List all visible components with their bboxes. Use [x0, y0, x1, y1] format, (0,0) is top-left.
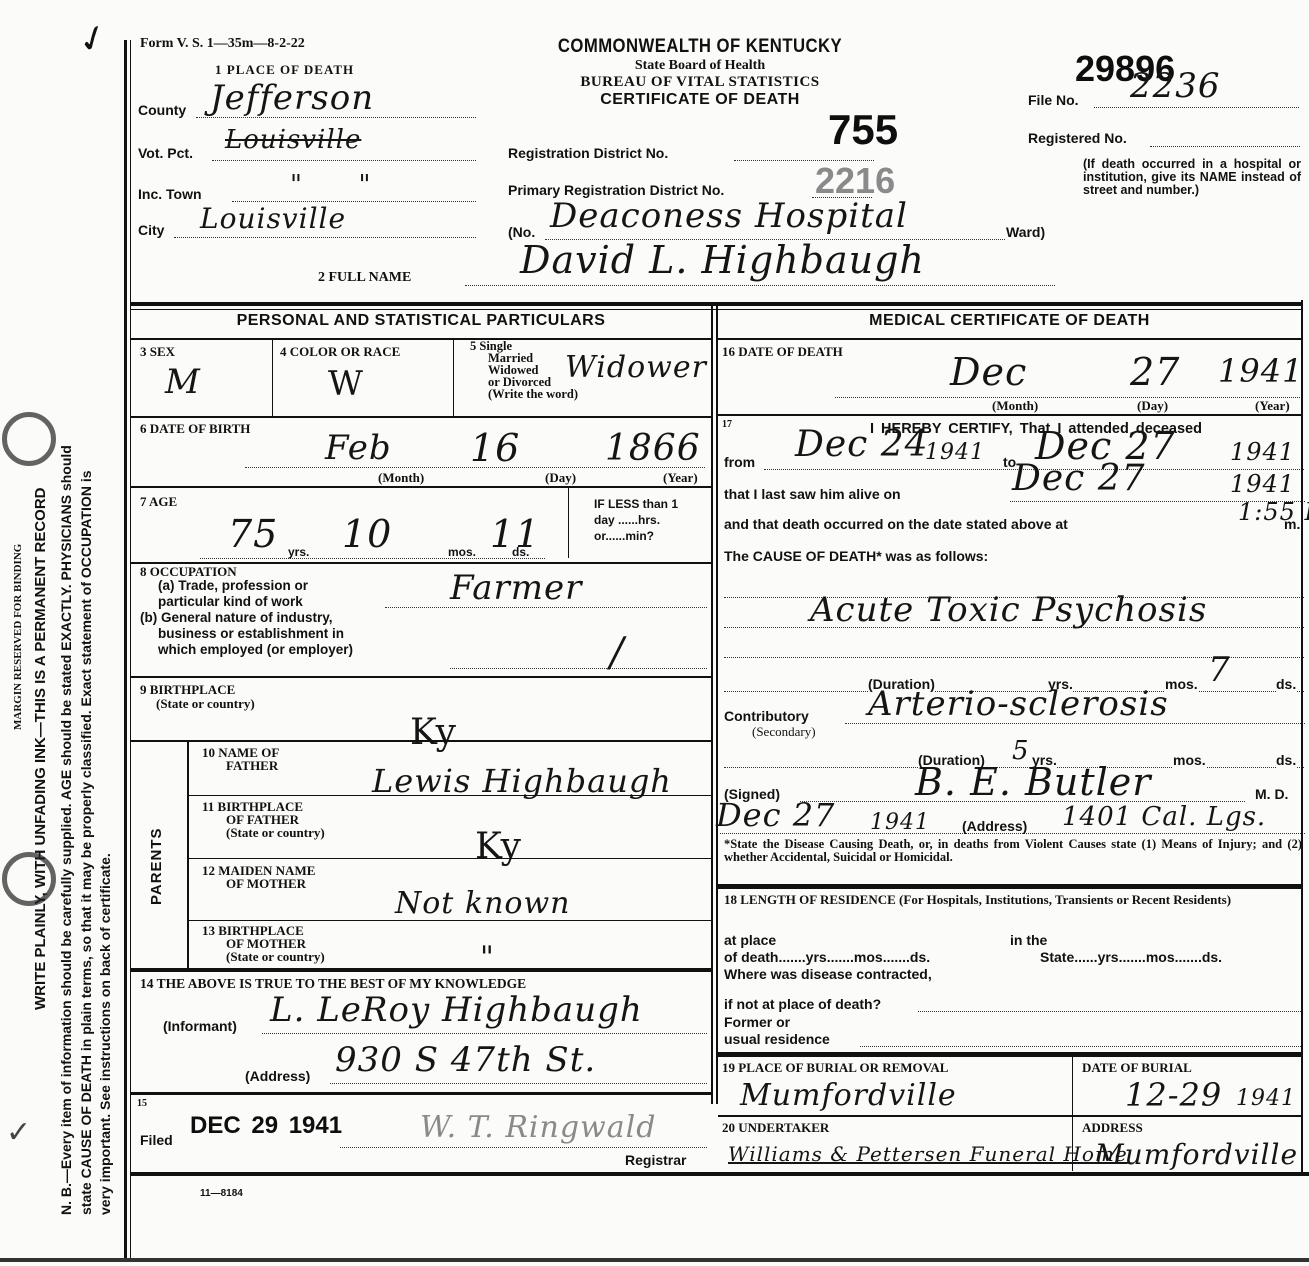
dob-year: 1866	[605, 428, 701, 469]
less-than-l1: IF LESS than 1	[594, 496, 678, 512]
city-field	[174, 236, 476, 238]
margin-write-plainly: WRITE PLAINLY, WITH UNFADING INK—THIS IS…	[32, 487, 49, 1010]
row-divider	[131, 416, 711, 418]
last-saw-label: that I last saw him alive on	[724, 486, 901, 502]
margin-note-line3: very important. See instructions on back…	[97, 853, 113, 1215]
row-divider	[718, 884, 1301, 889]
occupation-a-l1: (a) Trade, profession or	[140, 578, 353, 594]
burial-date-value: 12-29	[1125, 1076, 1222, 1114]
inc-town-value: " "	[290, 170, 372, 200]
ward-label: Ward)	[1006, 224, 1045, 240]
file-no-label: File No.	[1028, 92, 1079, 108]
signed-year-value: 1941	[870, 810, 930, 835]
dod-year-caption: (Year)	[1255, 398, 1290, 414]
physician-address-label: (Address)	[962, 818, 1027, 834]
undertaker-value: Williams & Pettersen Funeral Home	[728, 1142, 1128, 1166]
form-code: 11—8184	[200, 1188, 243, 1199]
dod-month-caption: (Month)	[992, 398, 1038, 414]
undertaker-label: 20 UNDERTAKER	[722, 1120, 829, 1136]
registered-no-field	[1150, 145, 1300, 147]
attended-from-value: Dec 24	[795, 424, 929, 465]
row-divider	[718, 1052, 1301, 1057]
form-bottom-border	[0, 1258, 1309, 1262]
row-divider	[718, 414, 1301, 416]
voting-precinct-value: Louisville	[225, 125, 361, 155]
certificate-title: CERTIFICATE OF DEATH	[520, 91, 880, 109]
occupation-a-label: (a) Trade, profession or particular kind…	[140, 578, 353, 658]
birthplace-sublabel: (State or country)	[156, 696, 255, 712]
burial-date-label: DATE OF BURIAL	[1082, 1060, 1192, 1076]
registrar-signature: W. T. Ringwald	[420, 1110, 656, 1145]
row-divider	[131, 338, 711, 340]
age-field	[200, 557, 545, 559]
attended-to-year: 1941	[1230, 438, 1295, 466]
father-name-label: 10 NAME OF FATHER	[202, 746, 279, 772]
occupation-a-value: Farmer	[450, 568, 582, 608]
voting-precinct-field	[212, 159, 476, 161]
county-label: County	[138, 102, 186, 118]
sex-label: 3 SEX	[140, 344, 175, 360]
where-contracted-label: Where was disease contracted,	[724, 966, 932, 982]
cause-duration-ds: ds.	[1276, 676, 1296, 692]
undertaker-address-label: ADDRESS	[1082, 1120, 1143, 1136]
form-right-border	[1301, 300, 1303, 1175]
registration-district-value: 755	[828, 106, 898, 154]
occupation-b-l3: which employed (or employer)	[140, 642, 353, 658]
bureau-title: BUREAU OF VITAL STATISTICS	[520, 74, 880, 91]
month-caption: (Month)	[378, 470, 424, 486]
form-left-border-inner	[130, 40, 131, 1260]
attended-from-year: 1941	[925, 440, 985, 465]
row-divider	[131, 968, 711, 972]
physician-signature: B. E. Butler	[915, 760, 1151, 804]
year-caption: (Year)	[663, 470, 698, 486]
date-of-death-label: 16 DATE OF DEATH	[722, 344, 843, 360]
dod-day: 27	[1130, 350, 1180, 394]
hospital-note: (If death occurred in a hospital or inst…	[1083, 158, 1301, 197]
row-divider	[189, 795, 711, 796]
residence-title: 18 LENGTH OF RESIDENCE (For Hospitals, I…	[724, 892, 1300, 907]
cause-of-death-label: The CAUSE OF DEATH* was as follows:	[724, 548, 988, 564]
sex-value: M	[165, 362, 201, 402]
cause-duration-value: 7	[1208, 650, 1231, 690]
filed-date-stamp: DEC 29 1941	[190, 1112, 342, 1140]
place-of-death-label: 1 PLACE OF DEATH	[215, 62, 354, 78]
registered-no-label: Registered No.	[1028, 130, 1127, 146]
row-divider	[131, 486, 711, 488]
hospital-value: Deaconess Hospital	[550, 196, 908, 236]
parents-divider	[187, 742, 189, 968]
mother-birthplace-label: 13 BIRTHPLACE OF MOTHER (State or countr…	[202, 924, 325, 963]
date-of-birth-label: 6 DATE OF BIRTH	[140, 421, 250, 437]
file-no-field	[1094, 106, 1299, 108]
voting-precinct-label: Vot. Pct.	[138, 145, 193, 161]
mother-bp-l3: (State or country)	[202, 950, 325, 963]
cause-of-death-value: Acute Toxic Psychosis	[810, 590, 1207, 630]
file-no-value: 2236	[1130, 66, 1221, 106]
father-bp-l3: (State or country)	[202, 826, 325, 839]
less-than-hrs: day ......hrs.	[594, 512, 678, 528]
personal-section-title: PERSONAL AND STATISTICAL PARTICULARS	[131, 312, 711, 330]
md-label: M. D.	[1255, 786, 1288, 802]
binding-hole	[2, 412, 56, 466]
city-label: City	[138, 222, 164, 238]
margin-note-line2: state CAUSE OF DEATH in plain terms, so …	[78, 471, 94, 1216]
row-divider	[718, 338, 1301, 340]
undertaker-address-value: Mumfordville	[1095, 1138, 1298, 1171]
age-months: 10	[342, 512, 392, 556]
filed-item-number: 15	[137, 1098, 147, 1109]
last-saw-value: Dec 27	[1012, 458, 1146, 499]
cause-duration-mos: mos.	[1165, 676, 1198, 692]
mother-maiden-name-value: Not known	[395, 886, 570, 921]
cell-divider	[453, 340, 454, 416]
father-birthplace-label: 11 BIRTHPLACE OF FATHER (State or countr…	[202, 800, 325, 839]
usual-residence-field	[860, 1045, 1303, 1047]
dod-year: 1941	[1218, 352, 1303, 390]
dod-field	[835, 396, 1300, 398]
age-label: 7 AGE	[140, 494, 177, 510]
row-divider	[131, 676, 711, 678]
occupation-b-field	[450, 667, 707, 669]
contrib-duration-mos: mos.	[1173, 752, 1206, 768]
mother-maiden-name-label: 12 MAIDEN NAME OF MOTHER	[202, 864, 315, 890]
full-name-field	[465, 284, 1055, 286]
race-label: 4 COLOR OR RACE	[280, 344, 400, 360]
age-years: 75	[228, 512, 278, 556]
dod-month: Dec	[950, 350, 1027, 394]
row-divider	[131, 1172, 1309, 1176]
yrs-caption: yrs.	[288, 545, 309, 559]
day-caption: (Day)	[545, 470, 576, 486]
less-than-day-note: IF LESS than 1 day ......hrs. or......mi…	[594, 496, 678, 544]
in-the-label: in the	[1010, 932, 1047, 948]
dob-day: 16	[470, 426, 520, 470]
margin-note-line1: N. B.—Every item of information should b…	[58, 445, 74, 1215]
cause-footnote: *State the Disease Causing Death, or, in…	[724, 838, 1302, 864]
parents-label: PARENTS	[148, 827, 165, 905]
row-divider	[131, 740, 711, 742]
physician-address-value: 1401 Cal. Lgs.	[1062, 802, 1266, 832]
county-value: Jefferson	[210, 78, 374, 118]
in-state-duration: State......yrs.......mos.......ds.	[1040, 949, 1222, 965]
occupation-b-l2: business or establishment in	[140, 626, 353, 642]
ds-caption: ds.	[512, 545, 529, 559]
secondary-label: (Secondary)	[752, 724, 816, 740]
signed-date-value: Dec 27	[716, 796, 835, 834]
form-left-border	[124, 40, 127, 1260]
marital-status-value: Widower	[565, 350, 707, 385]
dob-month: Feb	[325, 428, 392, 468]
cell-divider	[272, 340, 273, 416]
cell-divider	[568, 488, 569, 558]
last-saw-year: 1941	[1230, 470, 1295, 498]
burial-place-label: 19 PLACE OF BURIAL OR REMOVAL	[722, 1060, 948, 1076]
birthplace-value: Ky	[410, 712, 457, 753]
binding-hole	[2, 852, 56, 906]
form-number: Form V. S. 1—35m—8-2-22	[140, 36, 305, 52]
row-divider	[718, 1115, 1301, 1117]
registrar-label: Registrar	[625, 1152, 686, 1168]
death-time-suffix: m.	[1284, 516, 1300, 532]
contributory-value: Arterio-sclerosis	[868, 684, 1169, 724]
informant-label: (Informant)	[163, 1018, 237, 1034]
column-divider	[711, 304, 713, 1104]
occupation-b-l1: (b) General nature of industry,	[140, 610, 353, 626]
attended-from-label: from	[724, 454, 755, 470]
full-name-value: David L. Highbaugh	[520, 238, 925, 282]
informant-value: L. LeRoy Highbaugh	[270, 990, 643, 1030]
informant-address-label: (Address)	[245, 1068, 310, 1084]
of-death-duration: of death.......yrs.......mos.......ds.	[724, 949, 930, 965]
occupation-a-l2: particular kind of work	[140, 594, 353, 610]
father-label-l2: FATHER	[202, 759, 279, 772]
mother-label-l2: OF MOTHER	[202, 877, 315, 890]
father-birthplace-value: Ky	[475, 826, 522, 867]
row-divider	[131, 1092, 711, 1095]
check-mark-icon: ✓	[72, 14, 115, 64]
item-17-number: 17	[722, 419, 732, 430]
commonwealth-title: COMMONWEALTH OF KENTUCKY	[542, 36, 859, 58]
less-than-min: or......min?	[594, 528, 678, 544]
death-occurred-label: and that death occurred on the date stat…	[724, 516, 1068, 532]
at-place-label: at place	[724, 932, 776, 948]
if-not-field	[918, 1010, 1303, 1012]
burial-date-year: 1941	[1236, 1086, 1296, 1111]
informant-field	[262, 1032, 707, 1034]
registrar-field	[340, 1146, 707, 1148]
form-title-block: COMMONWEALTH OF KENTUCKY State Board of …	[520, 36, 880, 109]
city-value: Louisville	[200, 202, 346, 235]
mos-caption: mos.	[448, 545, 476, 559]
race-value: W	[328, 364, 364, 404]
occupation-b-value: /	[610, 630, 624, 676]
left-margin: MARGIN RESERVED FOR BINDING WRITE PLAINL…	[0, 0, 125, 1266]
contrib-duration-ds: ds.	[1276, 752, 1296, 768]
full-name-label: 2 FULL NAME	[318, 270, 411, 286]
row-divider	[189, 858, 711, 859]
marital-status-label: 5 Single Married Widowed or Divorced (Wr…	[470, 340, 578, 400]
row-divider	[189, 920, 711, 921]
informant-address-field	[330, 1082, 707, 1084]
marital-instruction: (Write the word)	[470, 388, 578, 400]
if-not-label: if not at place of death?	[724, 996, 881, 1012]
column-divider	[716, 304, 718, 1104]
burial-place-value: Mumfordville	[740, 1078, 957, 1113]
board-of-health: State Board of Health	[520, 58, 880, 74]
former-label: Former or	[724, 1014, 790, 1030]
medical-section-title: MEDICAL CERTIFICATE OF DEATH	[718, 312, 1301, 330]
informant-address-value: 930 S 47th St.	[335, 1040, 596, 1080]
registration-district-label: Registration District No.	[508, 145, 668, 161]
usual-residence-label: usual residence	[724, 1031, 830, 1047]
margin-reserved-text: MARGIN RESERVED FOR BINDING	[12, 544, 24, 730]
filed-label: Filed	[140, 1132, 173, 1148]
check-mark-icon: ✓	[6, 1115, 31, 1150]
contributory-label: Contributory	[724, 708, 809, 724]
inc-town-label: Inc. Town	[138, 186, 202, 202]
dod-day-caption: (Day)	[1137, 398, 1168, 414]
